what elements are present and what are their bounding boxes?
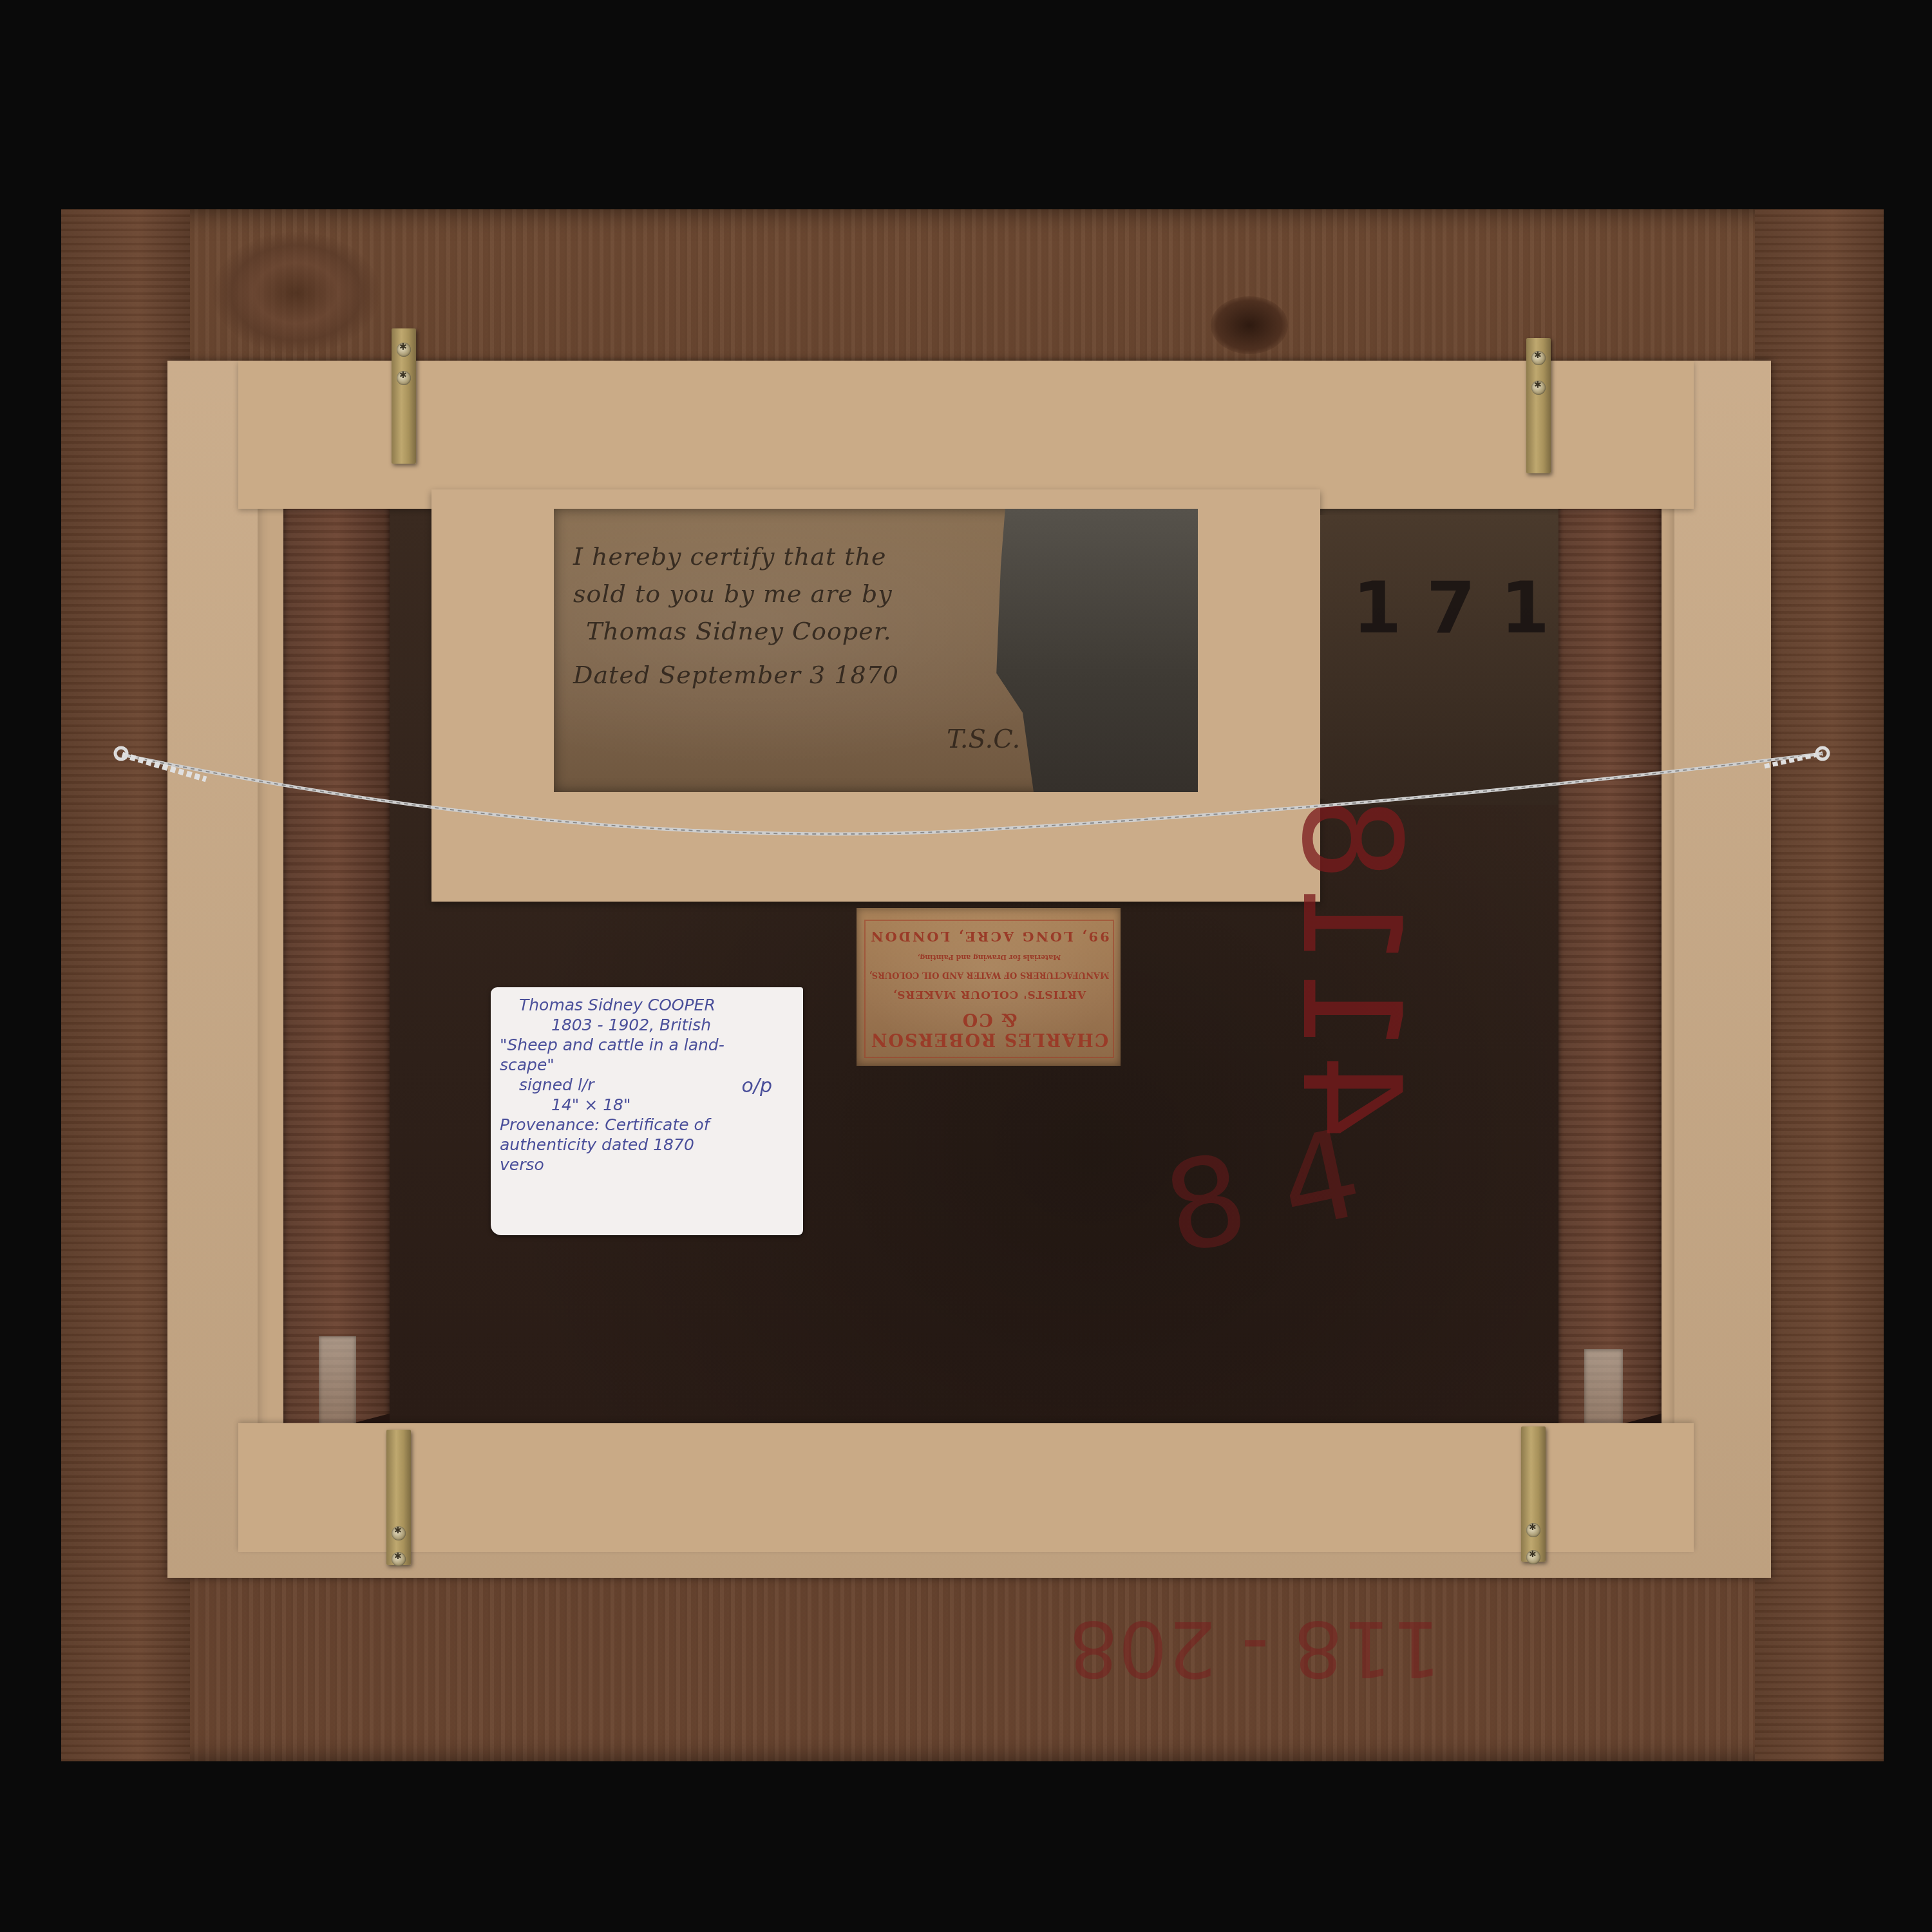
label-artist: Thomas Sidney COOPER	[500, 995, 794, 1015]
brass-hanger-bottom-right	[1521, 1426, 1546, 1562]
supplier-label-text: CHARLES ROBERSON & CO ARTISTS' COLOUR MA…	[864, 920, 1114, 1058]
label-dimensions: 14" × 18"	[500, 1095, 794, 1115]
certificate-signature: T.S.C.	[947, 724, 1020, 754]
label-medium: o/p	[741, 1076, 772, 1096]
screw-icon	[1531, 351, 1546, 365]
certificate-line: Thomas Sidney Cooper.	[573, 612, 985, 650]
supplier-label: CHARLES ROBERSON & CO ARTISTS' COLOUR MA…	[857, 908, 1121, 1066]
red-chalk-frame-inscription: 118 - 208	[1069, 1604, 1441, 1693]
wood-knot	[1211, 296, 1288, 354]
label-provenance-2: authenticity dated 1870	[500, 1135, 794, 1155]
label-provenance-3: verso	[500, 1155, 794, 1175]
brass-hanger-bottom-left	[386, 1430, 411, 1565]
certificate-text: I hereby certify that the sold to you by…	[573, 538, 985, 694]
supplier-name: CHARLES ROBERSON & CO	[866, 1009, 1113, 1049]
certificate-line: Dated September 3 1870	[573, 656, 985, 694]
label-title-2: scape"	[500, 1055, 794, 1075]
brass-hanger-top-left	[392, 328, 416, 464]
canvas-back-upper-right	[1320, 515, 1558, 799]
supplier-products: MANUFACTURERS OF WATER AND OIL COLOURS,	[869, 970, 1110, 980]
kraft-strip-top	[238, 361, 1694, 509]
screw-icon	[397, 371, 411, 385]
supplier-trade: ARTISTS' COLOUR MAKERS,	[893, 988, 1086, 1001]
label-title-1: "Sheep and cattle in a land-	[500, 1035, 794, 1055]
screw-icon	[1526, 1523, 1540, 1537]
label-dates: 1803 - 1902, British	[500, 1015, 794, 1035]
screw-icon	[397, 343, 411, 357]
label-provenance-1: Provenance: Certificate of	[500, 1115, 794, 1135]
brass-hanger-top-right	[1526, 338, 1551, 473]
screw-icon	[392, 1552, 406, 1566]
frame-right-rail	[1755, 209, 1884, 1761]
red-chalk-inventory-number: 4118	[1272, 795, 1430, 1139]
stretcher-bar-right	[1558, 444, 1662, 1507]
screw-icon	[1526, 1550, 1540, 1564]
kraft-strip-bottom	[238, 1423, 1694, 1552]
certificate-line: I hereby certify that the	[573, 538, 985, 575]
supplier-address: 99, LONG ACRE, LONDON	[869, 929, 1109, 945]
supplier-materials: Materials for Drawing and Painting,	[918, 953, 1061, 961]
screw-icon	[392, 1526, 406, 1540]
handwritten-catalog-label: Thomas Sidney COOPER 1803 - 1902, Britis…	[491, 987, 803, 1235]
black-crayon-marks: 1 7 1	[1352, 567, 1549, 649]
screw-icon	[1531, 381, 1546, 395]
wood-knot	[213, 232, 380, 354]
certificate-line: sold to you by me are by	[573, 575, 985, 612]
